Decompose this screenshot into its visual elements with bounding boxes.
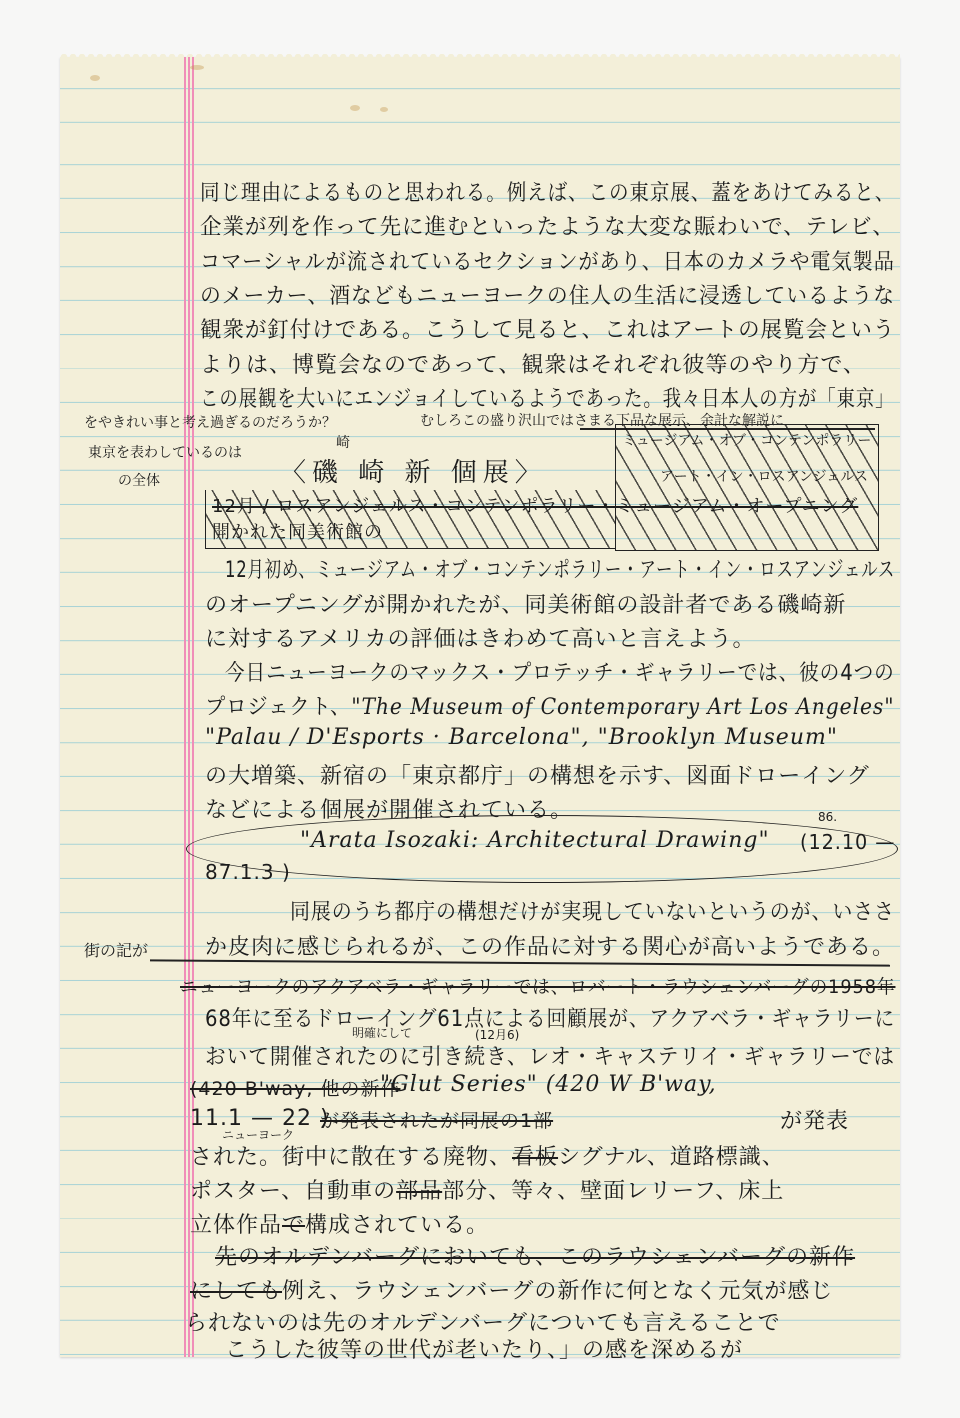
struck-segment: 看板: [512, 1145, 558, 1170]
manuscript-line: よりは、博覧会なのであって、観衆はそれぞれ彼等のやり方で、: [200, 348, 866, 379]
manuscript-line: にしても例え、ラウシェンバーグの新作に何となく元気が感じ: [190, 1274, 833, 1305]
exhibition-dates: 87.1.3 ): [205, 860, 291, 884]
manuscript-line: 同展のうち都庁の構想だけが実現していないというのが、いささ: [290, 895, 895, 926]
struck-line: 開かれた同美術館の: [212, 518, 383, 544]
margin-note: の全体: [118, 470, 160, 490]
text-segment: ポスター、自動車の: [190, 1179, 396, 1204]
margin-note: 街の記が: [84, 938, 148, 961]
manuscript-line: のメーカー、酒などもニューヨークの住人の生活に浸透しているような: [200, 279, 895, 310]
correction-mark: 崎: [336, 432, 350, 452]
manuscript-line: 68年に至るドローイング61点による回顧展が、アクアベラ・ギャラリーに: [205, 1002, 895, 1033]
manuscript-line: 立体作品で構成されている。: [190, 1208, 489, 1239]
text-segment: 構成されている。: [305, 1213, 489, 1238]
manuscript-line: のオープニングが開かれたが、同美術館の設計者である磯崎新: [205, 588, 846, 619]
text-segment: された。街中に散在する廃物、: [190, 1145, 512, 1170]
manuscript-line: か皮肉に感じられるが、この作品に対する関心が高いようである。: [205, 930, 895, 961]
paper-stain: [190, 65, 204, 70]
paper-stain: [350, 105, 360, 111]
struck-line: ニューヨークのアクアベラ・ギャラリーでは、ロバート・ラウシェンバーグの1958年: [180, 972, 895, 999]
struck-segment: にしても: [190, 1279, 282, 1304]
manuscript-line: 観衆が釘付けである。こうして見ると、これはアートの展覧会という: [200, 313, 895, 344]
struck-segment: 部品: [396, 1179, 442, 1204]
paper-stain: [90, 75, 100, 81]
exhibition-title: 〈磯 崎 新 個展〉: [280, 452, 547, 489]
text-segment: 例え、ラウシェンバーグの新作に何となく元気が感じ: [282, 1279, 833, 1304]
manuscript-line: 今日ニューヨークのマックス・プロテッチ・ギャラリーでは、彼の4つの: [225, 656, 895, 687]
project-title: "The Museum of Contemporary Art Los Ange…: [351, 695, 894, 720]
manuscript-line: が発表: [780, 1104, 849, 1135]
manuscript-line: この展観を大いにエンジョイしているようであった。我々日本人の方が「東京」: [200, 382, 895, 413]
margin-note: をやきれい事と考え過ぎるのだろうか？: [84, 412, 336, 432]
exhibition-english-title: "Arata Isozaki: Architectural Drawing": [300, 828, 770, 853]
margin-note: 東京を表わしているのは: [88, 442, 242, 462]
struck-line: が発表されたが同展の1部: [320, 1106, 553, 1133]
manuscript-line: こうした彼等の世代が老いたり、」の感を深めるが: [225, 1333, 743, 1364]
inserted-note: 明確にして: [352, 1024, 412, 1041]
struck-line: 先のオルデンバーグにおいても、このラウシェンバーグの新作: [215, 1240, 855, 1271]
manuscript-line: おいて開催されたのに引き続き、レオ・キャステリイ・ギャラリーでは: [205, 1040, 895, 1071]
text-segment: 部分、等々、壁面レリーフ、床上: [442, 1179, 784, 1204]
manuscript-line: 企業が列を作って先に進むといったような大変な賑わいで、テレビ、: [200, 210, 895, 241]
exhibition-dates: (12.10 —: [800, 830, 895, 854]
struck-line: 12月 / ロスアンジェルス・コンテンポラリー・ミュージアム・オープニング: [212, 492, 858, 518]
text-segment: 立体作品: [190, 1213, 282, 1238]
manuscript-line: プロジェクト、"The Museum of Contemporary Art L…: [205, 690, 895, 721]
project-label: プロジェクト、: [205, 695, 351, 720]
perforated-top-edge: [60, 54, 900, 60]
box-text: ミュージアム・オブ・コンテンポラリー: [622, 430, 871, 450]
manuscript-line: 同じ理由によるものと思われる。例えば、この東京展、蓋をあけてみると、: [200, 176, 895, 207]
struck-segment: で: [282, 1213, 305, 1238]
paper-stain: [380, 107, 388, 112]
box-text: アート・イン・ロスアンジェルス: [660, 466, 868, 486]
text-segment: シグナル、道路標識、: [558, 1145, 785, 1170]
manuscript-line: に対するアメリカの評価はきわめて高いと言えよう。: [205, 622, 755, 653]
series-title: "Glut Series" (420 W B'way,: [380, 1072, 717, 1097]
manuscript-line: コマーシャルが流されているセクションがあり、日本のカメラや電気製品: [200, 245, 895, 276]
margin-line: [184, 57, 186, 1357]
manuscript-line: された。街中に散在する廃物、看板シグナル、道路標識、: [190, 1140, 785, 1171]
manuscript-line: ポスター、自動車の部品部分、等々、壁面レリーフ、床上: [190, 1174, 784, 1205]
manuscript-line: "Palau / D'Esports · Barcelona", "Brookl…: [205, 725, 838, 750]
manuscript-line: 12月初め、ミュージアム・オブ・コンテンポラリー・アート・イン・ロスアンジェルス: [225, 553, 895, 584]
exhibition-year: 86.: [818, 810, 837, 824]
manuscript-line: の大増築、新宿の「東京都庁」の構想を示す、図面ドローイング: [205, 759, 870, 790]
struck-line: (420 B'way, 他の新作: [190, 1074, 400, 1101]
